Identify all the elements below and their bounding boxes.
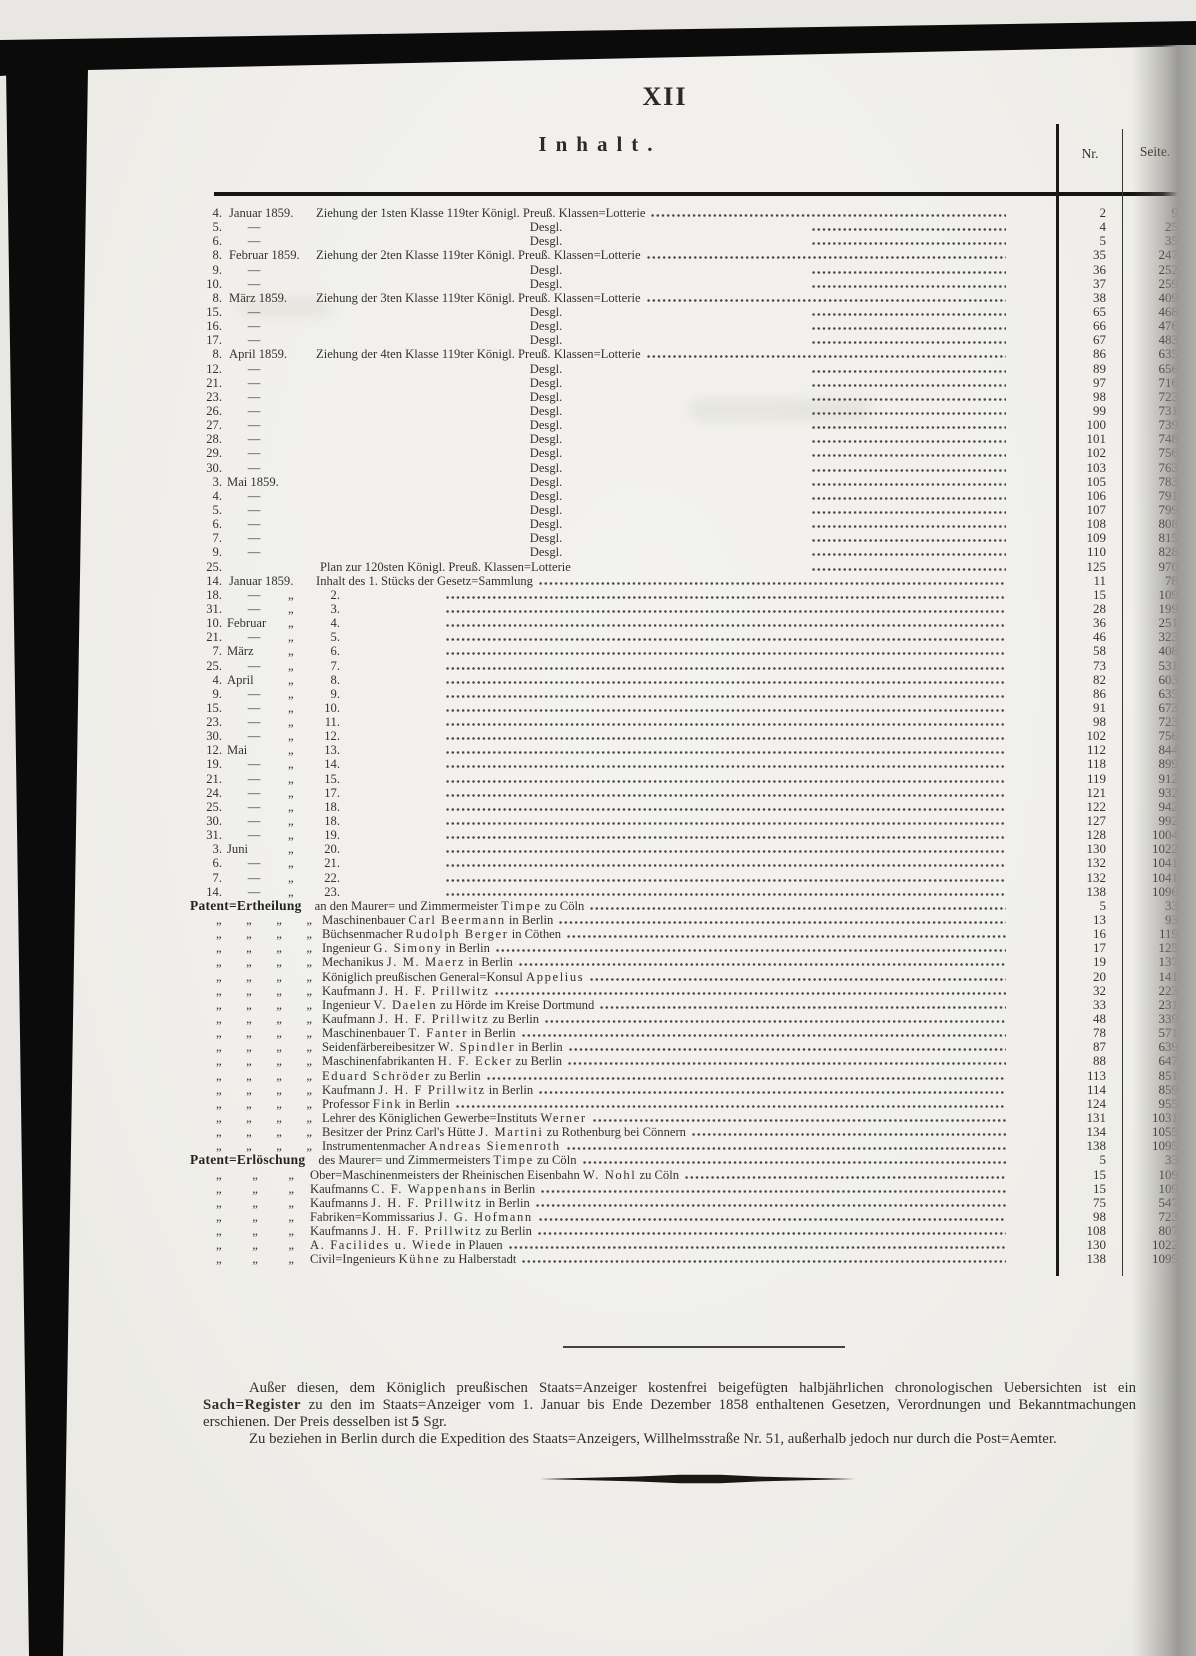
table-row: „„„„Professor Fink in Berlin124955 (190, 1097, 1178, 1111)
ditto-marks: „„„„ (190, 913, 320, 927)
ditto-mark: „ (306, 1097, 312, 1111)
dot-leader (445, 701, 1006, 715)
row-date-ditto: — (222, 757, 286, 771)
ditto-mark: „ (286, 673, 304, 687)
row-month: Januar 1859. (222, 206, 314, 220)
ditto-mark: „ (216, 955, 222, 969)
ditto-mark: „ (246, 1012, 252, 1026)
person-name: J. G. Hofmann (438, 1210, 533, 1224)
desc-pre: Fabriken=Kommissarius (310, 1210, 438, 1224)
table-row: 7.—„22.1321041 (190, 871, 1178, 885)
ditto-marks: „„„ (190, 1238, 308, 1252)
row-nr: 138 (1010, 1139, 1106, 1153)
row-date-ditto: April (222, 673, 286, 687)
dot-leader (592, 1111, 1006, 1125)
row-desc: Desgl. (286, 376, 806, 390)
dot-leader (445, 630, 1006, 644)
table-row: „„„„Königlich preußischen General=Konsul… (190, 970, 1178, 984)
ditto-mark: „ (216, 1238, 222, 1252)
ditto-marks: „„„ (190, 1210, 308, 1224)
table-row: „„„„Maschinenbauer Carl Beermann in Berl… (190, 913, 1178, 927)
row-day: 16. (190, 319, 222, 333)
row-desc: Desgl. (286, 362, 806, 376)
row-spacer (340, 743, 440, 757)
row-nr: 5 (1010, 234, 1106, 248)
dot-leader (650, 206, 1006, 220)
row-date-ditto: — (222, 885, 286, 899)
header-rule (214, 192, 1180, 196)
table-row: 7.März„6.58408 (190, 644, 1178, 658)
person-name: Rudolph Berger (406, 927, 509, 941)
ditto-mark: „ (246, 1083, 252, 1097)
table-row: 15.—Desgl.65468 (190, 305, 1178, 319)
desc-pre: Maschinenbauer (322, 1026, 408, 1040)
ditto-mark: „ (288, 1252, 294, 1266)
ditto-mark: „ (216, 1097, 222, 1111)
desc-post: zu Cöln (636, 1168, 679, 1182)
ditto-marks: „„„„ (190, 970, 320, 984)
row-nr: 131 (1010, 1111, 1106, 1125)
ditto-marks: „„„„ (190, 1026, 320, 1040)
row-day: 17. (190, 333, 222, 347)
row-desc: Kaufmanns J. H. F. Prillwitz in Berlin (308, 1196, 530, 1210)
row-date-ditto: — (222, 517, 286, 531)
row-day: 15. (190, 305, 222, 319)
row-desc: Desgl. (286, 432, 806, 446)
ditto-mark: „ (276, 1083, 282, 1097)
table-row: „„„Ober=Maschinenmeisters der Rheinische… (190, 1168, 1178, 1182)
desc-post: zu Berlin (482, 1224, 532, 1238)
row-piece-number: 13. (304, 743, 340, 757)
row-piece-number: 15. (304, 772, 340, 786)
row-nr: 33 (1010, 998, 1106, 1012)
row-nr: 102 (1010, 446, 1106, 460)
ditto-mark: „ (306, 1083, 312, 1097)
row-date-ditto: — (222, 602, 286, 616)
row-spacer (340, 588, 440, 602)
ditto-mark: „ (306, 1054, 312, 1068)
ditto-mark: „ (276, 1111, 282, 1125)
row-spacer (340, 616, 440, 630)
row-day: 25. (190, 800, 222, 814)
ditto-mark: „ (288, 1196, 294, 1210)
row-spacer (340, 659, 440, 673)
person-name: Timpe (493, 1153, 533, 1167)
row-day: 9. (190, 263, 222, 277)
row-nr: 130 (1010, 842, 1106, 856)
row-nr: 11 (1010, 574, 1106, 588)
dot-leader (811, 305, 1006, 319)
row-nr: 88 (1010, 1054, 1106, 1068)
person-name: Carl Beermann (408, 913, 505, 927)
person-name: J. H. F. Prillwitz (371, 1224, 482, 1238)
ditto-mark: „ (246, 1054, 252, 1068)
row-nr: 132 (1010, 856, 1106, 870)
row-date-ditto: Mai (222, 743, 286, 757)
row-date-ditto: — (222, 814, 286, 828)
desc-pre: Kaufmanns (310, 1196, 371, 1210)
ditto-mark: „ (252, 1210, 258, 1224)
ditto-mark: „ (216, 941, 222, 955)
dot-leader (646, 248, 1006, 262)
row-nr: 86 (1010, 347, 1106, 361)
row-desc: Kaufmann J. H. F Prillwitz in Berlin (320, 1083, 533, 1097)
person-name: Andreas Siemenroth (429, 1139, 561, 1153)
dot-leader (566, 1139, 1006, 1153)
dot-leader (558, 913, 1006, 927)
table-row: „„„„Maschinenbauer T. Fanter in Berlin78… (190, 1026, 1178, 1040)
row-desc: Desgl. (286, 517, 806, 531)
row-desc: Königlich preußischen General=Konsul App… (320, 970, 584, 984)
dot-leader (540, 1182, 1006, 1196)
dot-leader (811, 503, 1006, 517)
row-nr: 67 (1010, 333, 1106, 347)
person-name: J. H. F. Prillwitz (371, 1196, 482, 1210)
dot-leader (811, 475, 1006, 489)
desc-post: in Berlin (515, 1040, 563, 1054)
row-date-ditto: — (222, 687, 286, 701)
dot-leader (445, 856, 1006, 870)
dot-leader (445, 588, 1006, 602)
ditto-mark: „ (246, 970, 252, 984)
dot-leader (544, 1012, 1006, 1026)
desc-post: zu Cöln (542, 899, 585, 913)
desc-post: in Berlin (486, 1083, 534, 1097)
row-spacer (340, 701, 440, 715)
row-nr: 105 (1010, 475, 1106, 489)
ditto-mark: „ (216, 1012, 222, 1026)
row-desc: Professor Fink in Berlin (320, 1097, 450, 1111)
footer-note: Außer diesen, dem Königlich preußischen … (203, 1380, 1136, 1448)
ditto-mark: „ (246, 1040, 252, 1054)
ditto-mark: „ (306, 1139, 312, 1153)
row-piece-number: 8. (304, 673, 340, 687)
dot-leader (811, 390, 1006, 404)
desc-post: in Berlin (442, 941, 490, 955)
row-date-ditto: — (222, 588, 286, 602)
person-name: C. F. Wappenhans (371, 1182, 487, 1196)
ditto-mark: „ (252, 1168, 258, 1182)
desc-post: in Berlin (488, 1182, 536, 1196)
dot-leader (445, 786, 1006, 800)
row-nr: 91 (1010, 701, 1106, 715)
table-row: 12.—Desgl.89656 (190, 362, 1178, 376)
ditto-mark: „ (306, 984, 312, 998)
ditto-mark: „ (276, 1026, 282, 1040)
ditto-marks: „„„„ (190, 941, 320, 955)
table-row: 5.—Desgl.425 (190, 220, 1178, 234)
table-row: 4.Januar 1859.Ziehung der 1sten Klasse 1… (190, 206, 1178, 220)
ditto-mark: „ (288, 1182, 294, 1196)
person-name: Fink (373, 1097, 403, 1111)
ditto-marks: „„„„ (190, 927, 320, 941)
row-desc: Ober=Maschinenmeisters der Rheinischen E… (308, 1168, 679, 1182)
row-day: 15. (190, 701, 222, 715)
dot-leader (445, 757, 1006, 771)
row-date-ditto: — (222, 531, 286, 545)
row-day: 3. (190, 475, 222, 489)
dot-leader (445, 842, 1006, 856)
ditto-mark: „ (246, 927, 252, 941)
bold-text: Sach=Register (203, 1397, 301, 1413)
dot-leader (811, 404, 1006, 418)
row-nr: 4 (1010, 220, 1106, 234)
row-day: 21. (190, 376, 222, 390)
nr-column-header: Nr. (1058, 146, 1122, 162)
ditto-mark: „ (288, 1224, 294, 1238)
table-row: „„„„Ingenieur G. Simony in Berlin17125 (190, 941, 1178, 955)
row-day: 3. (190, 842, 222, 856)
ditto-mark: „ (216, 913, 222, 927)
ditto-marks: „„„„ (190, 1097, 320, 1111)
row-nr: 103 (1010, 461, 1106, 475)
row-nr: 19 (1010, 955, 1106, 969)
ditto-mark: „ (216, 1054, 222, 1068)
row-desc: Kaufmanns C. F. Wappenhans in Berlin (308, 1182, 535, 1196)
row-month: Februar 1859. (222, 248, 314, 262)
ditto-mark: „ (286, 616, 304, 630)
row-day: 6. (190, 234, 222, 248)
desc-pre: Mechanikus (322, 955, 387, 969)
row-spacer (340, 828, 440, 842)
row-nr: 107 (1010, 503, 1106, 517)
ditto-mark: „ (286, 701, 304, 715)
dot-leader (684, 1168, 1006, 1182)
row-date-ditto: — (222, 404, 286, 418)
row-date-ditto: — (222, 319, 286, 333)
row-day: 9. (190, 687, 222, 701)
row-piece-number: 9. (304, 687, 340, 701)
ditto-mark: „ (286, 757, 304, 771)
row-date-ditto: — (222, 871, 286, 885)
ditto-mark: „ (216, 1026, 222, 1040)
row-day: 12. (190, 362, 222, 376)
ditto-mark: „ (306, 1026, 312, 1040)
row-day: 24. (190, 786, 222, 800)
row-date-ditto: Februar (222, 616, 286, 630)
row-spacer (340, 630, 440, 644)
row-day: 30. (190, 729, 222, 743)
desc-pre: Seidenfärbereibesitzer (322, 1040, 438, 1054)
ditto-mark: „ (306, 1111, 312, 1125)
row-desc: Desgl. (286, 277, 806, 291)
row-desc: Maschinenfabrikanten H. F. Ecker zu Berl… (320, 1054, 562, 1068)
row-nr: 99 (1010, 404, 1106, 418)
row-day: 9. (190, 545, 222, 559)
person-name: Eduard Schröder (322, 1069, 431, 1083)
desc-pre: Ober=Maschinenmeisters der Rheinischen E… (310, 1168, 583, 1182)
row-desc: Desgl. (286, 475, 806, 489)
ditto-mark: „ (216, 998, 222, 1012)
table-row: 31.—„3.28199 (190, 602, 1178, 616)
row-desc: Desgl. (286, 333, 806, 347)
table-row: „„„„Seidenfärbereibesitzer W. Spindler i… (190, 1040, 1178, 1054)
table-row: 23.—„11.98723 (190, 715, 1178, 729)
dot-leader (566, 927, 1006, 941)
row-desc: an den Maurer= und Zimmermeister Timpe z… (302, 899, 585, 913)
row-desc: Civil=Ingenieurs Kühne zu Halberstadt (308, 1252, 516, 1266)
ditto-mark: „ (216, 1182, 222, 1196)
row-desc: Plan zur 120sten Königl. Preuß. Klassen=… (286, 560, 806, 574)
table-row: 25.Plan zur 120sten Königl. Preuß. Klass… (190, 560, 1178, 574)
row-nr: 138 (1010, 1252, 1106, 1266)
dot-leader (445, 800, 1006, 814)
ditto-mark: „ (276, 1069, 282, 1083)
row-spacer (340, 814, 440, 828)
row-date-ditto: — (222, 418, 286, 432)
dot-leader (582, 1153, 1006, 1167)
row-desc: Desgl. (286, 446, 806, 460)
ditto-marks: „„„„ (190, 984, 320, 998)
row-date-ditto: — (222, 446, 286, 460)
row-nr: 128 (1010, 828, 1106, 842)
row-date-ditto: — (222, 786, 286, 800)
table-row: 4.—Desgl.106791 (190, 489, 1178, 503)
text-segment: Außer diesen, dem Königlich preußischen … (249, 1380, 1136, 1396)
table-row: 8.April 1859.Ziehung der 4ten Klasse 119… (190, 347, 1178, 361)
row-nr: 121 (1010, 786, 1106, 800)
row-nr: 138 (1010, 885, 1106, 899)
dot-leader (811, 376, 1006, 390)
desc-pre: Besitzer der Prinz Carl's Hütte (322, 1125, 479, 1139)
person-name: Appelius (526, 970, 584, 984)
row-nr: 100 (1010, 418, 1106, 432)
row-date-ditto: — (222, 772, 286, 786)
table-row: 3.Mai 1859.Desgl.105783 (190, 475, 1178, 489)
row-desc: Desgl. (286, 404, 806, 418)
row-piece-number: 7. (304, 659, 340, 673)
row-nr: 5 (1010, 899, 1106, 913)
row-date-ditto: — (222, 277, 286, 291)
ditto-mark: „ (286, 842, 304, 856)
row-nr: 15 (1010, 1182, 1106, 1196)
row-spacer (340, 885, 440, 899)
row-day: 10. (190, 616, 222, 630)
table-row: 25.—„18.122942 (190, 800, 1178, 814)
ditto-mark: „ (216, 1125, 222, 1139)
table-row: „„„„Büchsenmacher Rudolph Berger in Cöth… (190, 927, 1178, 941)
table-row: 30.—„12.102756 (190, 729, 1178, 743)
table-row: Patent=Erlöschungdes Maurer= und Zimmerm… (190, 1153, 1178, 1167)
dot-leader (445, 729, 1006, 743)
row-spacer (340, 673, 440, 687)
dot-leader (811, 418, 1006, 432)
row-desc: Ziehung der 4ten Klasse 119ter Königl. P… (314, 347, 641, 361)
ditto-mark: „ (306, 1069, 312, 1083)
table-row: „„„Kaufmanns C. F. Wappenhans in Berlin1… (190, 1182, 1178, 1196)
ditto-mark: „ (286, 602, 304, 616)
ditto-mark: „ (306, 941, 312, 955)
desc-post: in Berlin (468, 1026, 516, 1040)
row-nr: 75 (1010, 1196, 1106, 1210)
dot-leader (521, 1252, 1006, 1266)
ditto-mark: „ (216, 1040, 222, 1054)
ditto-mark: „ (252, 1182, 258, 1196)
desc-post: zu Berlin (512, 1054, 562, 1068)
dot-leader (445, 715, 1006, 729)
ditto-mark: „ (306, 1125, 312, 1139)
row-spacer (340, 800, 440, 814)
row-nr: 97 (1010, 376, 1106, 390)
ditto-marks: „„„„ (190, 1012, 320, 1026)
table-row: 3.Juni„20.1301022 (190, 842, 1178, 856)
right-edge-shadow (1132, 45, 1196, 1656)
row-desc: Kaufmann J. H. F. Prillwitz (320, 984, 489, 998)
ditto-mark: „ (216, 927, 222, 941)
ditto-marks: „„„„ (190, 1125, 320, 1139)
ditto-marks: „„„„ (190, 998, 320, 1012)
table-row: „„„Kaufmanns J. H. F. Prillwitz zu Berli… (190, 1224, 1178, 1238)
row-desc: des Maurer= und Zimmermeisters Timpe zu … (305, 1153, 576, 1167)
row-piece-number: 21. (304, 856, 340, 870)
dot-leader (811, 234, 1006, 248)
row-nr: 113 (1010, 1069, 1106, 1083)
table-row: 30.—„18.127992 (190, 814, 1178, 828)
ditto-mark: „ (216, 970, 222, 984)
desc-pre: Kaufmann (322, 1012, 378, 1026)
row-day: 5. (190, 220, 222, 234)
swelled-rule (540, 1474, 855, 1484)
desc-post: zu Halberstadt (440, 1252, 516, 1266)
dot-leader (445, 644, 1006, 658)
dot-leader (445, 687, 1006, 701)
dot-leader (811, 531, 1006, 545)
person-name: G. Simony (373, 941, 442, 955)
row-day: 29. (190, 446, 222, 460)
ditto-mark: „ (286, 630, 304, 644)
row-date-ditto: — (222, 828, 286, 842)
ditto-mark: „ (246, 1125, 252, 1139)
table-row: 4.April„8.82603 (190, 673, 1178, 687)
desc-post: in Plauen (452, 1238, 502, 1252)
table-row: „„„„Kaufmann J. H. F. Prillwitz zu Berli… (190, 1012, 1178, 1026)
row-nr: 17 (1010, 941, 1106, 955)
desc-post: in Berlin (402, 1097, 450, 1111)
ditto-mark: „ (286, 814, 304, 828)
row-date-ditto: — (222, 856, 286, 870)
row-date-ditto: — (222, 701, 286, 715)
ditto-mark: „ (286, 743, 304, 757)
ditto-mark: „ (216, 1168, 222, 1182)
row-nr: 101 (1010, 432, 1106, 446)
table-row: „„„„Lehrer des Königlichen Gewerbe=Insti… (190, 1111, 1178, 1125)
row-date-ditto: — (222, 659, 286, 673)
footer-paragraph-1: Außer diesen, dem Königlich preußischen … (203, 1380, 1136, 1431)
row-day: 5. (190, 503, 222, 517)
dot-leader (811, 560, 1006, 574)
person-name: Kühne (399, 1252, 441, 1266)
row-day: 31. (190, 602, 222, 616)
dot-leader (811, 432, 1006, 446)
row-piece-number: 17. (304, 786, 340, 800)
ditto-mark: „ (286, 828, 304, 842)
ditto-mark: „ (216, 1210, 222, 1224)
table-row: 25.—„7.73531 (190, 659, 1178, 673)
section-heading: Patent=Ertheilung (190, 899, 302, 913)
row-date-ditto: — (222, 630, 286, 644)
table-row: 21.—„15.119912 (190, 772, 1178, 786)
row-desc: Seidenfärbereibesitzer W. Spindler in Be… (320, 1040, 563, 1054)
row-desc: Kaufmann J. H. F. Prillwitz zu Berlin (320, 1012, 539, 1026)
row-desc: Desgl. (286, 531, 806, 545)
dot-leader (811, 489, 1006, 503)
ditto-mark: „ (276, 984, 282, 998)
row-desc: Eduard Schröder zu Berlin (320, 1069, 481, 1083)
ditto-mark: „ (288, 1168, 294, 1182)
ditto-mark: „ (286, 715, 304, 729)
desc-pre: Professor (322, 1097, 373, 1111)
footer-paragraph-2: Zu beziehen in Berlin durch die Expediti… (203, 1431, 1136, 1448)
